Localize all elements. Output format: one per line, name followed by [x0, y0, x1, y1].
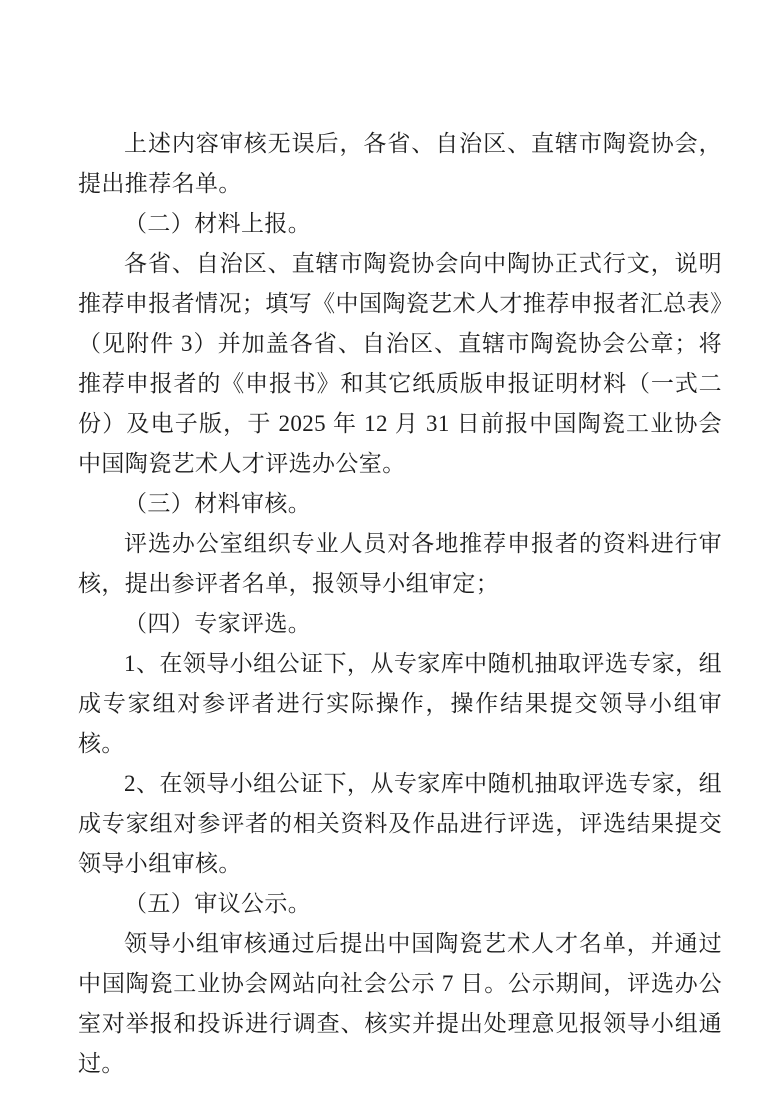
document-page: { "document": { "language": "zh-CN", "ki…: [0, 0, 782, 1112]
paragraph-review-publicity-detail: 领导小组审核通过后提出中国陶瓷艺术人才名单，并通过中国陶瓷工业协会网站向社会公示…: [78, 924, 722, 1084]
heading-section-2-material-submission: （二）材料上报。: [78, 204, 722, 244]
paragraph-material-review-detail: 评选办公室组织专业人员对各地推荐申报者的资料进行审核，提出参评者名单，报领导小组…: [78, 524, 722, 604]
heading-section-4-expert-selection: （四）专家评选。: [78, 604, 722, 644]
paragraph-expert-selection-item-2: 2、在领导小组公证下，从专家库中随机抽取评选专家，组成专家组对参评者的相关资料及…: [78, 764, 722, 884]
heading-section-3-material-review: （三）材料审核。: [78, 484, 722, 524]
paragraph-recommendation-list: 上述内容审核无误后，各省、自治区、直辖市陶瓷协会，提出推荐名单。: [78, 124, 722, 204]
paragraph-expert-selection-item-1: 1、在领导小组公证下，从专家库中随机抽取评选专家，组成专家组对参评者进行实际操作…: [78, 644, 722, 764]
document-body: 上述内容审核无误后，各省、自治区、直辖市陶瓷协会，提出推荐名单。 （二）材料上报…: [78, 124, 722, 1084]
heading-section-5-review-publicity: （五）审议公示。: [78, 884, 722, 924]
paragraph-material-submission-detail: 各省、自治区、直辖市陶瓷协会向中陶协正式行文，说明推荐申报者情况；填写《中国陶瓷…: [78, 244, 722, 484]
